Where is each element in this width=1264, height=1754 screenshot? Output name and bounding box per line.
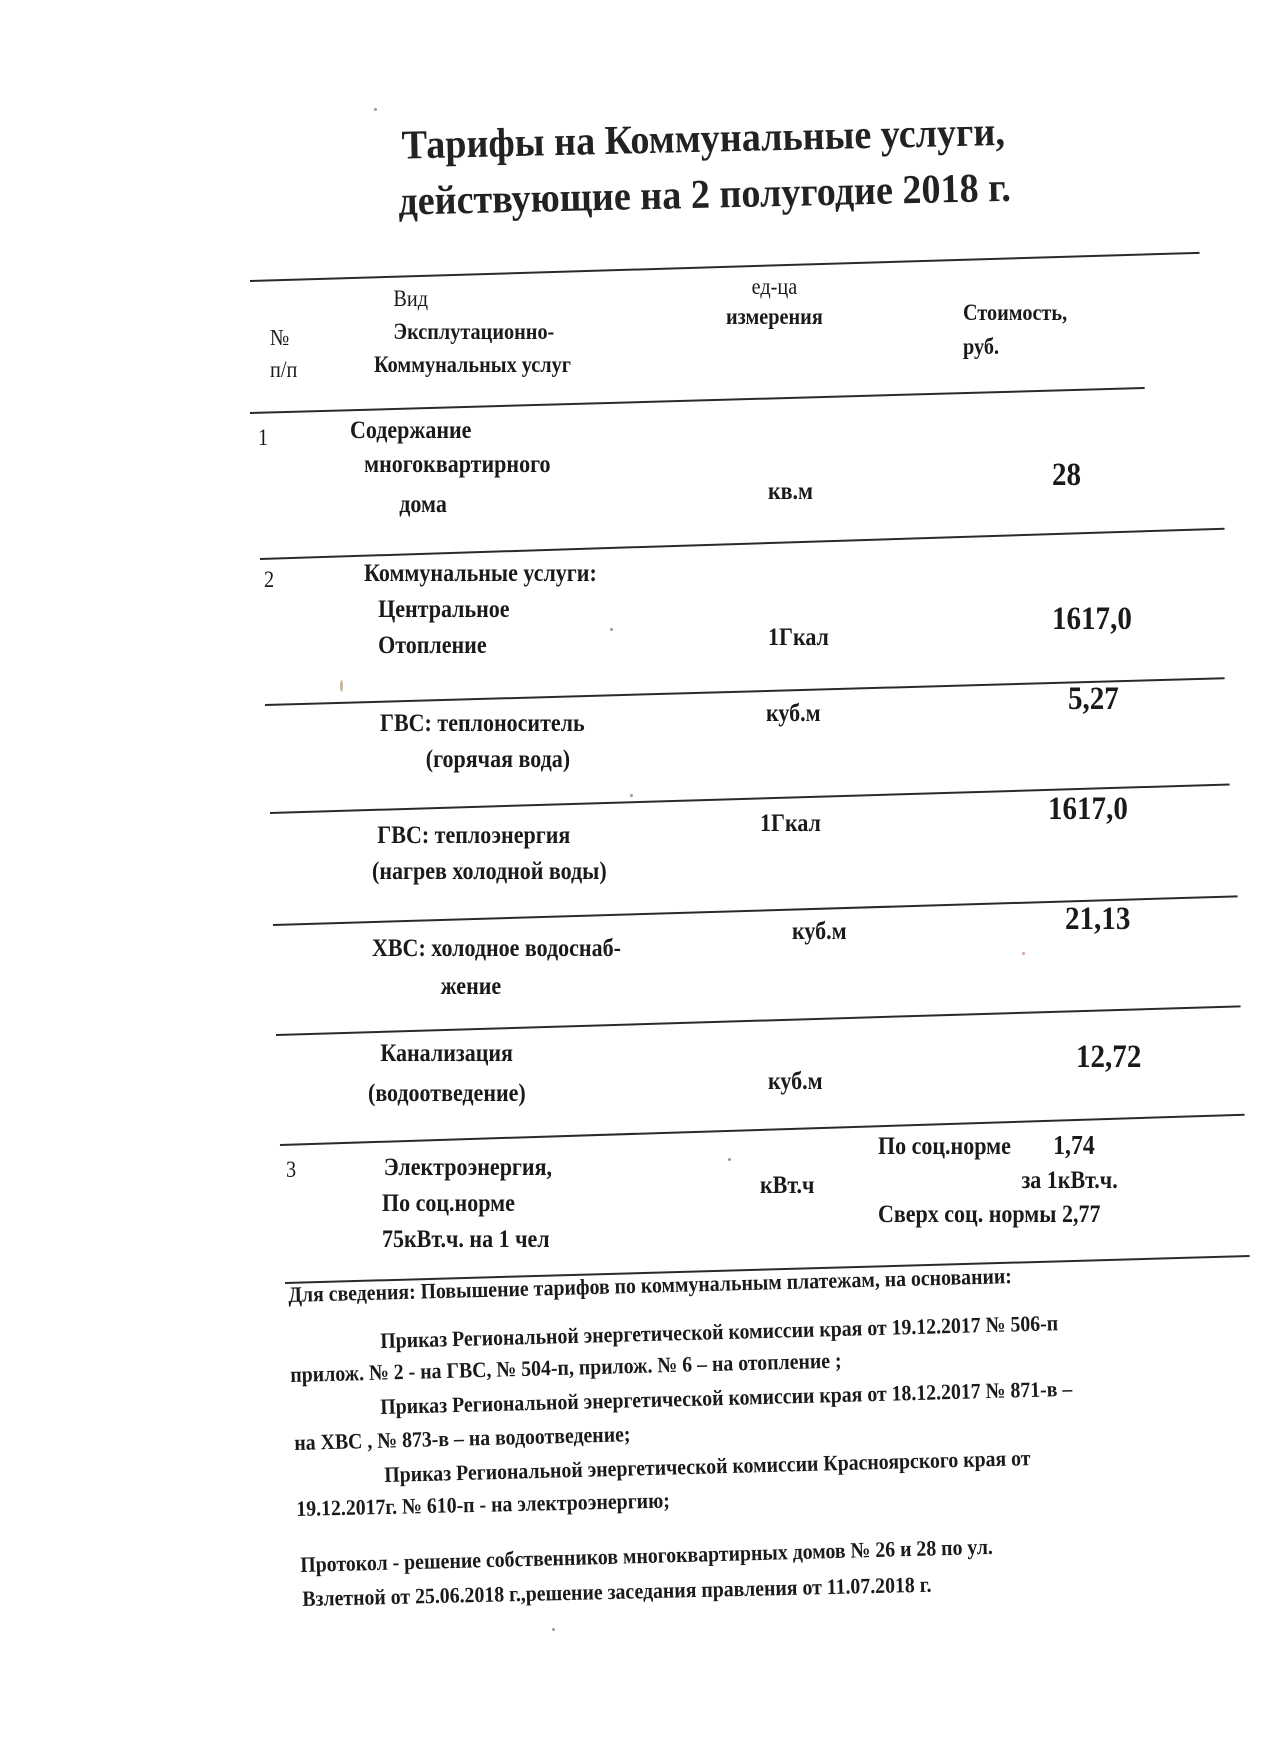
row-5-rule [276, 1005, 1241, 1036]
notes-order-3-cont: 19.12.2017г. № 610-п - на электроэнергию… [296, 1488, 670, 1521]
scan-speck [552, 1628, 555, 1631]
row-cost-detail: По соц.норме1,74 за 1кВт.ч. Сверх соц. н… [878, 1128, 1118, 1232]
scan-speck [610, 628, 613, 631]
row-cost: 21,13 [1065, 906, 1130, 933]
row-unit: куб.м [768, 1068, 823, 1095]
notes-order-1-cont: прилож. № 2 - на ГВС, № 504-п, прилож. №… [290, 1348, 842, 1387]
row-service: ГВС: теплоэнергия (нагрев холодной воды) [372, 818, 607, 890]
header-rule [250, 387, 1145, 414]
header-number: № п/п [270, 322, 297, 386]
row-service: Содержание многоквартирного дома [350, 414, 551, 522]
row-unit: куб.м [792, 918, 847, 945]
row-service: Канализация (водоотведение) [368, 1034, 526, 1114]
row-cost: 28 [1052, 462, 1081, 489]
notes-order-2-cont: на ХВС , № 873-в – на водоотведение; [294, 1421, 631, 1455]
scan-speck [1022, 952, 1025, 955]
row-number: 1 [258, 424, 268, 451]
scan-speck [728, 1158, 731, 1161]
document-page: Тарифы на Коммунальные услуги, действующ… [0, 0, 1264, 1754]
header-unit: ед-ца измерения [726, 272, 823, 332]
row-cost: 12,72 [1076, 1044, 1141, 1071]
notes-protocol-2: Взлетной от 25.06.2018 г.,решение заседа… [302, 1572, 932, 1611]
notes-order-3: Приказ Региональной энергетической комис… [384, 1445, 1031, 1487]
header-cost: Стоимость, руб. [963, 296, 1067, 364]
row-service: ГВС: теплоноситель (горячая вода) [380, 706, 585, 778]
row-unit: 1Гкал [768, 624, 829, 651]
notes-intro: Для сведения: Повышение тарифов по комму… [288, 1263, 1012, 1307]
header-service: Вид Эксплутационно- Коммунальных услуг [374, 282, 571, 381]
notes-protocol-1: Протокол - решение собственников многокв… [300, 1534, 993, 1577]
row-unit: кВт.ч [760, 1172, 814, 1199]
row-cost: 5,27 [1068, 686, 1119, 713]
row-service: Электроэнергия, По соц.норме 75кВт.ч. на… [382, 1150, 552, 1258]
scan-speck [340, 680, 343, 692]
row-number: 3 [286, 1156, 296, 1183]
row-unit: 1Гкал [760, 810, 821, 837]
row-service: Коммунальные услуги: Центральное Отоплен… [364, 556, 597, 664]
row-service: ХВС: холодное водоснаб- жение [372, 930, 621, 1006]
row-unit: кв.м [768, 478, 813, 505]
row-cost: 1617,0 [1052, 606, 1132, 633]
document-title: Тарифы на Коммунальные услуги, действующ… [340, 102, 1068, 230]
row-cost: 1617,0 [1048, 796, 1128, 823]
notes-order-1: Приказ Региональной энергетической комис… [380, 1310, 1058, 1353]
scan-speck [374, 108, 377, 111]
scan-speck [630, 794, 633, 797]
row-unit: куб.м [766, 700, 821, 727]
notes-order-2: Приказ Региональной энергетической комис… [380, 1376, 1073, 1419]
row-number: 2 [264, 566, 274, 593]
top-rule [250, 252, 1200, 282]
